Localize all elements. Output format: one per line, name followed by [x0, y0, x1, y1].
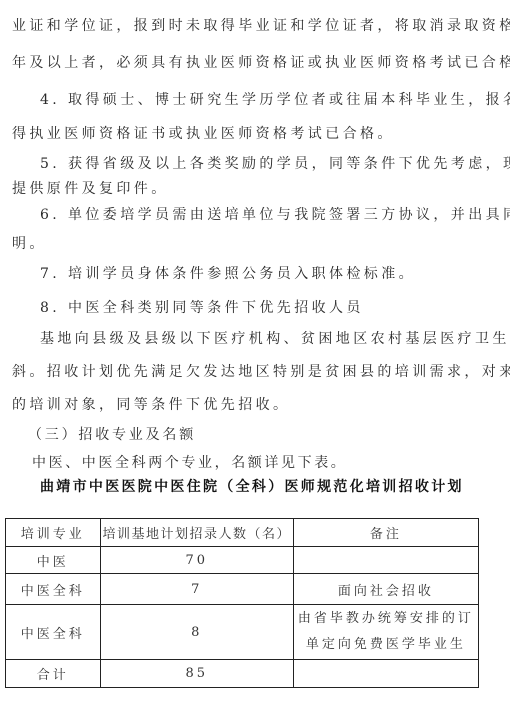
- table-header-row: 培训专业 培训基地计划招录人数（名） 备注: [6, 519, 479, 547]
- paragraph-line: 的培训对象，同等条件下优先招收。: [12, 396, 290, 414]
- table-row: 中医 70: [6, 547, 479, 574]
- table-row: 中医全科 7 面向社会招收: [6, 574, 479, 605]
- paragraph-line: 8. 中医全科类别同等条件下优先招收人员: [40, 299, 364, 317]
- header-major: 培训专业: [6, 519, 101, 547]
- note-line: 单定向免费医学毕业生: [294, 632, 478, 658]
- paragraph-line: 4. 取得硕士、博士研究生学历学位者或往届本科毕业生，报名时必须取: [40, 91, 510, 109]
- cell-note: [293, 660, 478, 688]
- paragraph-line: 6. 单位委培学员需由送培单位与我院签署三方协议，并出具同意送培证: [40, 206, 510, 224]
- section-heading: （三）招收专业及名额: [28, 426, 196, 444]
- paragraph-line: 业证和学位证，报到时未取得毕业证和学位证者，将取消录取资格。毕业 2: [12, 17, 510, 35]
- table-title: 曲靖市中医医院中医住院（全科）医师规范化培训招收计划: [40, 478, 464, 496]
- cell-count: 7: [100, 574, 293, 605]
- cell-note: 面向社会招收: [293, 574, 478, 605]
- table-total-row: 合计 85: [6, 660, 479, 688]
- cell-note: [293, 547, 478, 574]
- paragraph-line: 年及以上者，必须具有执业医师资格证或执业医师资格考试已合格。: [12, 54, 510, 72]
- paragraph-line: 提供原件及复印件。: [12, 180, 169, 198]
- cell-note: 由省毕教办统筹安排的订 单定向免费医学毕业生: [293, 605, 478, 660]
- cell-major: 中医全科: [6, 605, 101, 660]
- paragraph-line: 5. 获得省级及以上各类奖励的学员，同等条件下优先考虑，现场确认时: [40, 155, 510, 173]
- paragraph-line: 7. 培训学员身体条件参照公务员入职体检标准。: [40, 265, 416, 283]
- paragraph-line: 明。: [12, 235, 47, 253]
- section-intro: 中医、中医全科两个专业，名额详见下表。: [32, 454, 347, 472]
- cell-count: 8: [100, 605, 293, 660]
- header-count: 培训基地计划招录人数（名）: [100, 519, 293, 547]
- cell-count: 70: [100, 547, 293, 574]
- note-line: 由省毕教办统筹安排的订: [294, 606, 478, 632]
- cell-major: 中医: [6, 547, 101, 574]
- cell-major: 中医全科: [6, 574, 101, 605]
- paragraph-line: 得执业医师资格证书或执业医师资格考试已合格。: [12, 125, 395, 143]
- paragraph-line: 斜。招收计划优先满足欠发达地区特别是贫困县的培训需求，对来自贫困县: [12, 363, 510, 381]
- paragraph-line: 基地向县级及县级以下医疗机构、贫困地区农村基层医疗卫生机构倾: [40, 330, 510, 348]
- table-row: 中医全科 8 由省毕教办统筹安排的订 单定向免费医学毕业生: [6, 605, 479, 660]
- enrollment-plan-table: 培训专业 培训基地计划招录人数（名） 备注 中医 70 中医全科 7 面向社会招…: [5, 518, 479, 688]
- cell-count: 85: [100, 660, 293, 688]
- header-note: 备注: [293, 519, 478, 547]
- cell-major: 合计: [6, 660, 101, 688]
